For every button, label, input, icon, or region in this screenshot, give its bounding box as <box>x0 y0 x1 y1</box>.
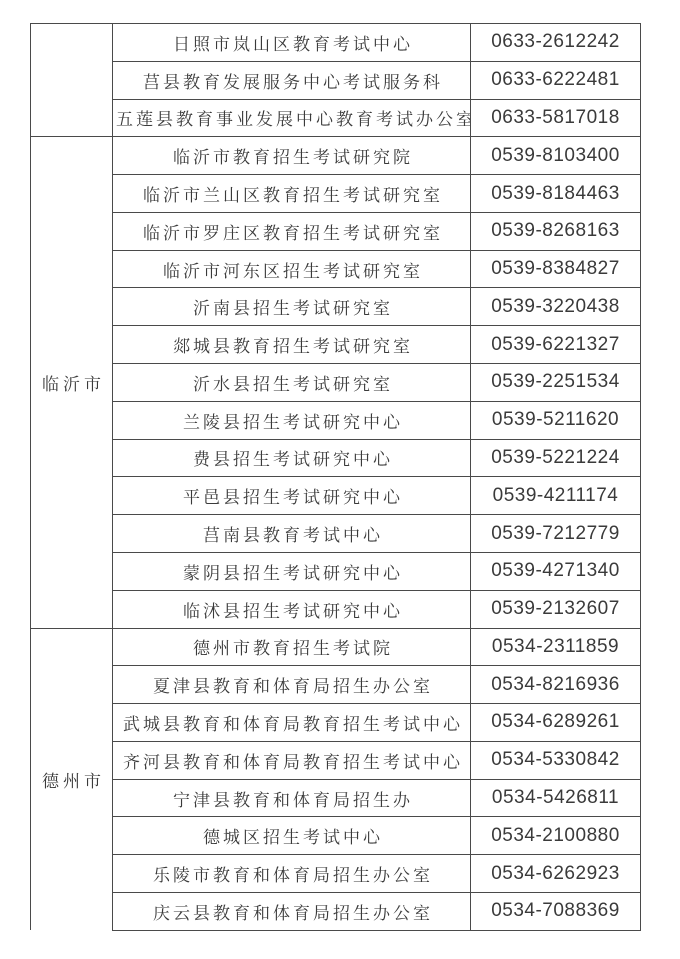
org-name-cell: 临沂市罗庄区教育招生考试研究室 <box>113 212 471 250</box>
table-row: 临沂市兰山区教育招生考试研究室0539-8184463 <box>31 175 641 213</box>
exam-office-contact-table: 日照市岚山区教育考试中心0633-2612242莒县教育发展服务中心考试服务科0… <box>30 23 641 931</box>
table-row: 德州市德州市教育招生考试院0534-2311859 <box>31 628 641 666</box>
phone-cell: 0539-8184463 <box>471 175 641 213</box>
city-label: 临沂市 <box>42 375 105 394</box>
org-name-cell: 平邑县招生考试研究中心 <box>113 477 471 515</box>
org-name-cell: 武城县教育和体育局教育招生考试中心 <box>113 704 471 742</box>
phone-cell: 0633-2612242 <box>471 24 641 62</box>
table-row: 庆云县教育和体育局招生办公室0534-7088369 <box>31 892 641 930</box>
org-name-cell: 莒南县教育考试中心 <box>113 515 471 553</box>
phone-cell: 0534-2311859 <box>471 628 641 666</box>
phone-cell: 0633-6222481 <box>471 61 641 99</box>
org-name-cell: 乐陵市教育和体育局招生办公室 <box>113 855 471 893</box>
table-row: 临沂市罗庄区教育招生考试研究室0539-8268163 <box>31 212 641 250</box>
phone-cell: 0539-8268163 <box>471 212 641 250</box>
org-name-cell: 日照市岚山区教育考试中心 <box>113 24 471 62</box>
table-row: 莒县教育发展服务中心考试服务科0633-6222481 <box>31 61 641 99</box>
phone-cell: 0534-2100880 <box>471 817 641 855</box>
table-row: 乐陵市教育和体育局招生办公室0534-6262923 <box>31 855 641 893</box>
org-name-cell: 五莲县教育事业发展中心教育考试办公室 <box>113 99 471 137</box>
org-name-cell: 费县招生考试研究中心 <box>113 439 471 477</box>
phone-cell: 0539-3220438 <box>471 288 641 326</box>
phone-cell: 0539-7212779 <box>471 515 641 553</box>
table-row: 日照市岚山区教育考试中心0633-2612242 <box>31 24 641 62</box>
table-row: 莒南县教育考试中心0539-7212779 <box>31 515 641 553</box>
table-row: 费县招生考试研究中心0539-5221224 <box>31 439 641 477</box>
phone-cell: 0539-2251534 <box>471 364 641 402</box>
org-name-cell: 德城区招生考试中心 <box>113 817 471 855</box>
table-row: 郯城县教育招生考试研究室0539-6221327 <box>31 326 641 364</box>
org-name-cell: 临沭县招生考试研究中心 <box>113 590 471 628</box>
table-row: 夏津县教育和体育局招生办公室0534-8216936 <box>31 666 641 704</box>
city-cell <box>31 24 113 137</box>
org-name-cell: 齐河县教育和体育局教育招生考试中心 <box>113 741 471 779</box>
org-name-cell: 德州市教育招生考试院 <box>113 628 471 666</box>
table-row: 五莲县教育事业发展中心教育考试办公室0633-5817018 <box>31 99 641 137</box>
table-row: 蒙阴县招生考试研究中心0539-4271340 <box>31 552 641 590</box>
phone-cell: 0534-6262923 <box>471 855 641 893</box>
table-row: 沂水县招生考试研究室0539-2251534 <box>31 364 641 402</box>
phone-cell: 0534-5426811 <box>471 779 641 817</box>
city-cell: 德州市 <box>31 628 113 930</box>
org-name-cell: 临沂市教育招生考试研究院 <box>113 137 471 175</box>
org-name-cell: 蒙阴县招生考试研究中心 <box>113 552 471 590</box>
table-row: 临沭县招生考试研究中心0539-2132607 <box>31 590 641 628</box>
phone-cell: 0539-6221327 <box>471 326 641 364</box>
phone-cell: 0534-5330842 <box>471 741 641 779</box>
phone-cell: 0534-7088369 <box>471 892 641 930</box>
table-row: 齐河县教育和体育局教育招生考试中心0534-5330842 <box>31 741 641 779</box>
city-label: 德州市 <box>42 772 105 791</box>
phone-cell: 0633-5817018 <box>471 99 641 137</box>
org-name-cell: 临沂市兰山区教育招生考试研究室 <box>113 175 471 213</box>
table-row: 武城县教育和体育局教育招生考试中心0534-6289261 <box>31 704 641 742</box>
org-name-cell: 沂南县招生考试研究室 <box>113 288 471 326</box>
table-row: 临沂市河东区招生考试研究室0539-8384827 <box>31 250 641 288</box>
table-row: 宁津县教育和体育局招生办0534-5426811 <box>31 779 641 817</box>
org-name-cell: 兰陵县招生考试研究中心 <box>113 401 471 439</box>
org-name-cell: 夏津县教育和体育局招生办公室 <box>113 666 471 704</box>
city-cell: 临沂市 <box>31 137 113 628</box>
org-name-cell: 宁津县教育和体育局招生办 <box>113 779 471 817</box>
phone-cell: 0534-6289261 <box>471 704 641 742</box>
table-row: 沂南县招生考试研究室0539-3220438 <box>31 288 641 326</box>
table-row: 德城区招生考试中心0534-2100880 <box>31 817 641 855</box>
org-name-cell: 庆云县教育和体育局招生办公室 <box>113 892 471 930</box>
table-row: 临沂市临沂市教育招生考试研究院0539-8103400 <box>31 137 641 175</box>
phone-cell: 0539-8103400 <box>471 137 641 175</box>
org-name-cell: 临沂市河东区招生考试研究室 <box>113 250 471 288</box>
phone-cell: 0539-2132607 <box>471 590 641 628</box>
scanned-document-page: 日照市岚山区教育考试中心0633-2612242莒县教育发展服务中心考试服务科0… <box>0 0 680 959</box>
phone-cell: 0534-8216936 <box>471 666 641 704</box>
org-name-cell: 莒县教育发展服务中心考试服务科 <box>113 61 471 99</box>
phone-cell: 0539-5211620 <box>471 401 641 439</box>
phone-cell: 0539-8384827 <box>471 250 641 288</box>
org-name-cell: 沂水县招生考试研究室 <box>113 364 471 402</box>
phone-cell: 0539-4271340 <box>471 552 641 590</box>
phone-cell: 0539-5221224 <box>471 439 641 477</box>
org-name-cell: 郯城县教育招生考试研究室 <box>113 326 471 364</box>
phone-cell: 0539-4211174 <box>471 477 641 515</box>
table-row: 兰陵县招生考试研究中心0539-5211620 <box>31 401 641 439</box>
table-row: 平邑县招生考试研究中心0539-4211174 <box>31 477 641 515</box>
